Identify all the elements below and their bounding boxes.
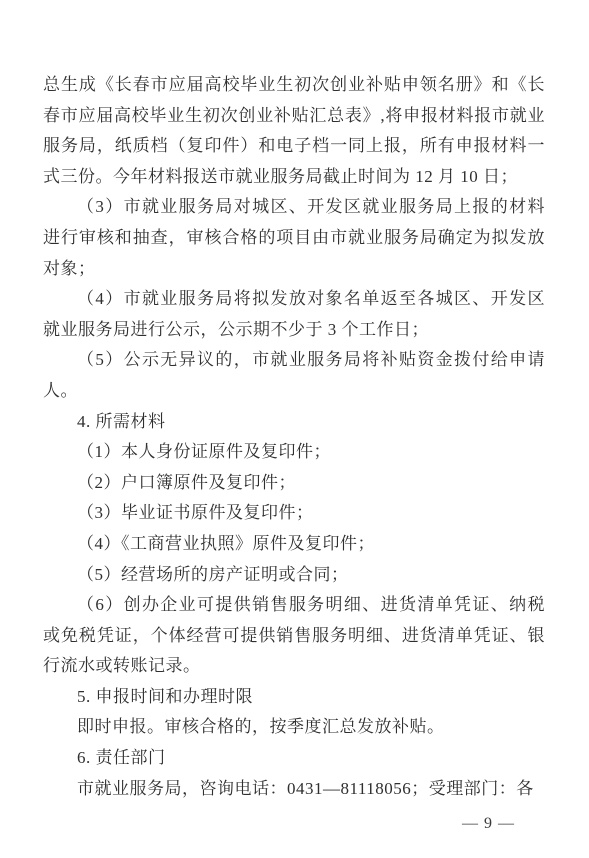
text-line: （5）公示无异议的，市就业服务局将补贴资金拨付给申请 xyxy=(43,345,545,376)
document-page: 总生成《长春市应届高校毕业生初次创业补贴申领名册》和《长春市应届高校毕业生初次创… xyxy=(0,0,589,858)
text-line: 4. 所需材料 xyxy=(43,407,545,438)
text-line: 人。 xyxy=(43,376,545,407)
text-line: 6. 责任部门 xyxy=(43,743,545,774)
document-body: 总生成《长春市应届高校毕业生初次创业补贴申领名册》和《长春市应届高校毕业生初次创… xyxy=(43,70,545,804)
text-line: （1）本人身份证原件及复印件； xyxy=(43,437,545,468)
text-line: 市就业服务局，咨询电话：0431—81118056；受理部门：各 xyxy=(43,774,545,805)
text-line: 5. 申报时间和办理时限 xyxy=(43,682,545,713)
page-number: — 9 — xyxy=(462,813,515,835)
text-line: （4）《工商营业执照》原件及复印件； xyxy=(43,529,545,560)
text-line: （3）毕业证书原件及复印件； xyxy=(43,498,545,529)
text-line: （2）户口簿原件及复印件； xyxy=(43,468,545,499)
text-line: （5）经营场所的房产证明或合同； xyxy=(43,560,545,591)
text-line: 春市应届高校毕业生初次创业补贴汇总表》,将申报材料报市就业 xyxy=(43,101,545,132)
text-line: （6）创办企业可提供销售服务明细、进货清单凭证、纳税 xyxy=(43,590,545,621)
text-line: 进行审核和抽查，审核合格的项目由市就业服务局确定为拟发放 xyxy=(43,223,545,254)
text-line: （4）市就业服务局将拟发放对象名单返至各城区、开发区 xyxy=(43,284,545,315)
text-line: 式三份。今年材料报送市就业服务局截止时间为 12 月 10 日； xyxy=(43,162,545,193)
text-line: 即时申报。审核合格的，按季度汇总发放补贴。 xyxy=(43,712,545,743)
text-line: 或免税凭证，个体经营可提供销售服务明细、进货清单凭证、银 xyxy=(43,621,545,652)
text-line: 行流水或转账记录。 xyxy=(43,651,545,682)
text-line: 就业服务局进行公示，公示期不少于 3 个工作日； xyxy=(43,315,545,346)
text-line: 服务局，纸质档（复印件）和电子档一同上报，所有申报材料一 xyxy=(43,131,545,162)
text-line: 对象； xyxy=(43,254,545,285)
text-line: （3）市就业服务局对城区、开发区就业服务局上报的材料 xyxy=(43,192,545,223)
text-line: 总生成《长春市应届高校毕业生初次创业补贴申领名册》和《长 xyxy=(43,70,545,101)
